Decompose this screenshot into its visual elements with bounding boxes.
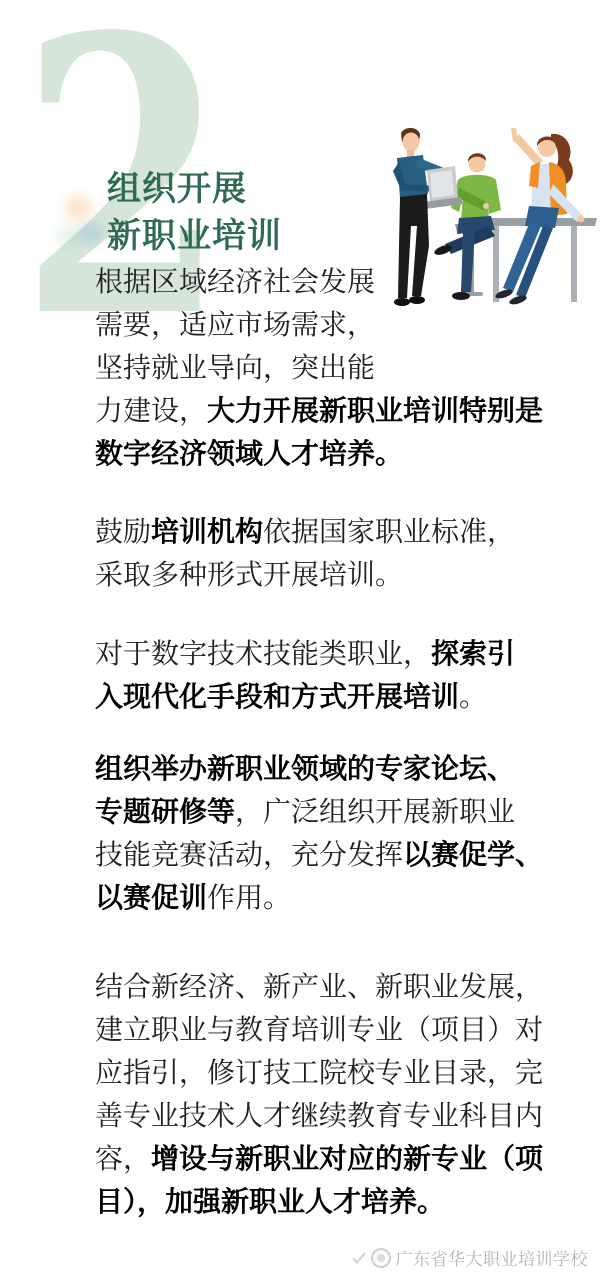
infographic-page: 2 组织开展 新职业培训	[0, 0, 600, 1288]
logo-watermark-blob	[78, 222, 104, 244]
paragraph-forums-competitions: 组织举办新职业领域的专家论坛、专题研修等，广泛组织开展新职业技能竞赛活动，充分发…	[95, 747, 560, 919]
checkmark-icon	[352, 1251, 366, 1265]
paragraph-new-majors: 结合新经济、新产业、新职业发展，建立职业与教育培训专业（项目）对应指引，修订技工…	[95, 965, 560, 1223]
paragraph-training-institutions: 鼓励培训机构依据国家职业标准，采取多种形式开展培训。	[95, 510, 560, 596]
logo-watermark-blob	[64, 196, 92, 220]
paragraph-digital-skills: 对于数字技术技能类职业，探索引入现代化手段和方式开展培训。	[95, 632, 560, 718]
page-title-line1: 组织开展	[107, 166, 282, 213]
school-logo-icon	[371, 1248, 391, 1268]
school-name: 广东省华大职业培训学校	[396, 1245, 589, 1270]
paragraph-training-development: 根据区域经济社会发展需要，适应市场需求，坚持就业导向，突出能力建设，大力开展新职…	[95, 260, 560, 475]
footer-watermark: 广东省华大职业培训学校	[352, 1245, 589, 1270]
page-title-line2: 新职业培训	[107, 213, 282, 260]
logo-watermark-blob	[58, 226, 80, 246]
page-title: 组织开展 新职业培训	[107, 166, 282, 260]
